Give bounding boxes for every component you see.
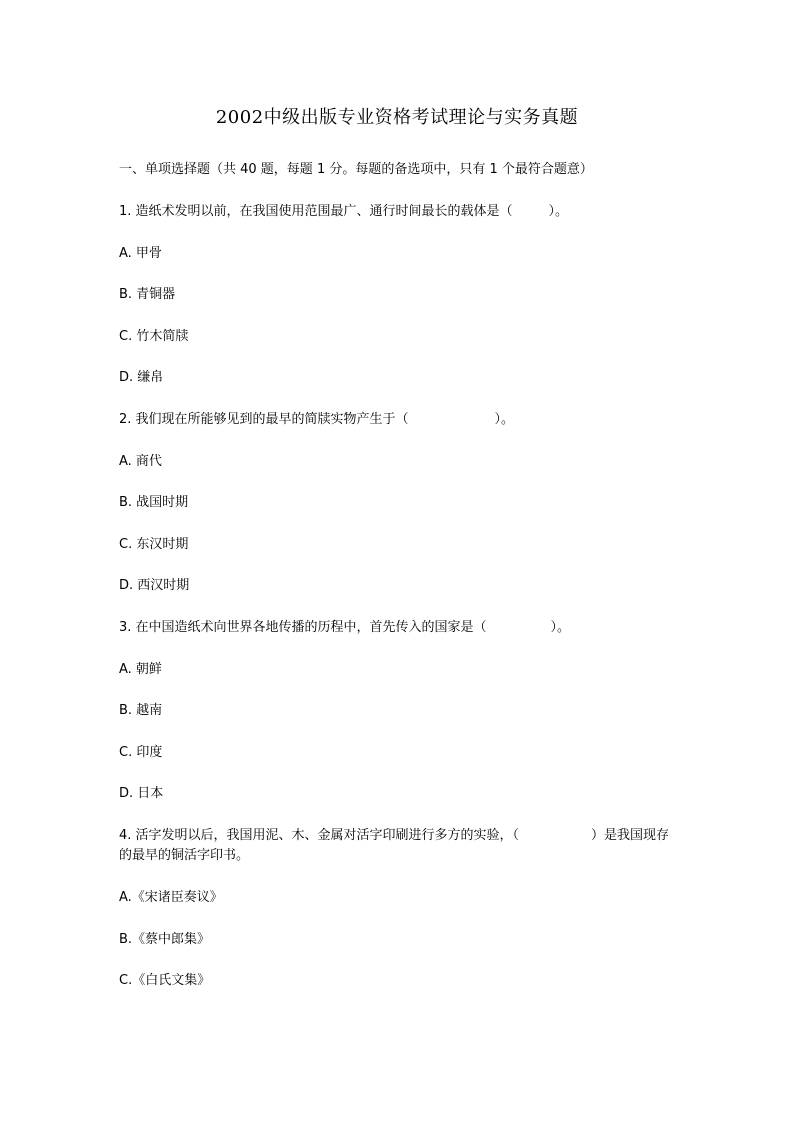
question-1-option-c: C. 竹木简牍 [119,328,188,346]
question-1-stem-after: ）。 [549,204,569,219]
question-2-stem-before: 2. 我们现在所能够见到的最早的简牍实物产生于（ [119,412,409,427]
question-2-option-b: B. 战国时期 [119,494,188,512]
question-4-stem: 4. 活字发明以后，我国用泥、木、金属对活字印刷进行多方的实验，（）是我国现存的… [119,826,679,866]
question-1-option-d: D. 缣帛 [119,369,163,387]
question-2-stem-after: ）。 [495,412,515,427]
question-3-option-c: C. 印度 [119,744,162,762]
question-2-option-c: C. 东汉时期 [119,536,188,554]
question-3-stem-after: ）。 [551,620,571,635]
question-3-option-d: D. 日本 [119,785,163,803]
document-page: 2002中级出版专业资格考试理论与实务真题 一、单项选择题（共 40 题，每题 … [0,0,794,1123]
question-3-stem-before: 3. 在中国造纸术向世界各地传播的历程中，首先传入的国家是（ [119,620,487,635]
question-3-stem: 3. 在中国造纸术向世界各地传播的历程中，首先传入的国家是（）。 [119,619,570,637]
question-1-option-a: A. 甲骨 [119,245,162,263]
question-1-stem-before: 1. 造纸术发明以前，在我国使用范围最广、通行时间最长的载体是（ [119,204,513,219]
question-2-stem: 2. 我们现在所能够见到的最早的简牍实物产生于（）。 [119,411,514,429]
question-3-option-b: B. 越南 [119,702,162,720]
question-3-option-a: A. 朝鲜 [119,661,162,679]
question-4-option-b: B.《蔡中郎集》 [119,931,210,949]
question-2-option-a: A. 商代 [119,453,162,471]
question-4-option-c: C.《白氏文集》 [119,972,210,990]
question-4-stem-before: 4. 活字发明以后，我国用泥、木、金属对活字印刷进行多方的实验，（ [119,828,519,843]
question-1-stem: 1. 造纸术发明以前，在我国使用范围最广、通行时间最长的载体是（）。 [119,203,568,221]
question-2-option-d: D. 西汉时期 [119,577,189,595]
question-1-option-b: B. 青铜器 [119,286,175,304]
section-heading: 一、单项选择题（共 40 题，每题 1 分。每题的备选项中，只有 1 个最符合题… [119,161,593,179]
question-4-option-a: A.《宋诸臣奏议》 [119,889,223,907]
document-title: 2002中级出版专业资格考试理论与实务真题 [0,105,794,131]
